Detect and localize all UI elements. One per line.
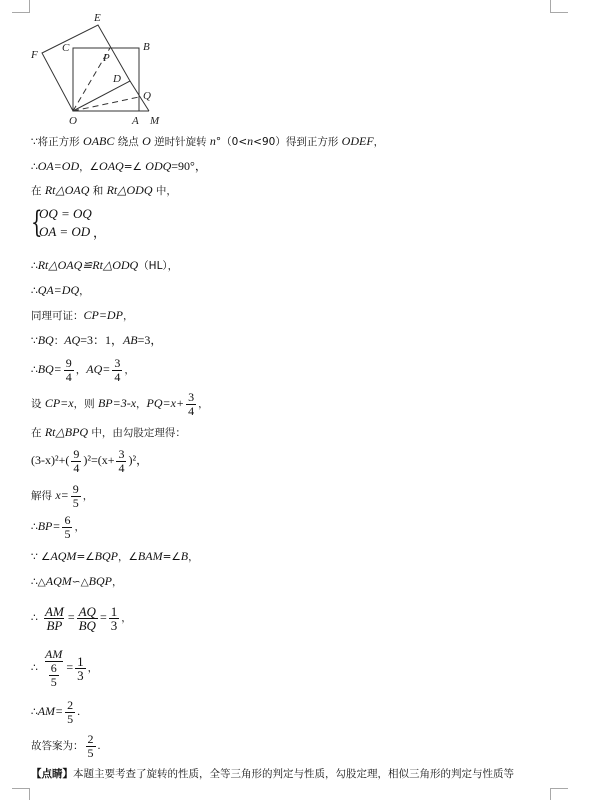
fraction: 34 — [112, 357, 122, 384]
math: OAQ — [99, 159, 124, 173]
text: . — [77, 704, 80, 718]
math: AQ= — [86, 362, 110, 376]
math: BQ= — [38, 362, 62, 376]
math: Rt△BPQ — [45, 425, 88, 439]
math: BP= — [38, 519, 61, 533]
math: ODQ — [145, 159, 171, 173]
text: ， — [88, 662, 99, 674]
fraction: AQBQ — [77, 605, 98, 632]
text: ，∠ — [79, 161, 99, 173]
page-corner-mark-bottom-left — [12, 788, 30, 800]
text: ∽△ — [72, 576, 89, 588]
label-p: P — [102, 52, 110, 64]
denominator: 5 — [71, 496, 81, 510]
text: . — [98, 738, 101, 752]
solution-line-12: (3-x)²+(94)²=(x+34)²， — [31, 446, 148, 475]
math: BQP — [89, 574, 112, 588]
text: 解得 — [31, 490, 55, 502]
fraction: AMBP — [43, 605, 66, 632]
text: 中，由勾股定理得： — [88, 427, 186, 439]
math: x= — [55, 488, 68, 502]
system-row-1: OQ = OQ — [39, 206, 92, 222]
label-f: F — [30, 49, 38, 61]
text: ， — [76, 364, 87, 376]
text: ， — [188, 551, 199, 563]
math: AQ — [64, 333, 80, 347]
system-row-2: OA = OD — [39, 224, 90, 240]
solution-line-9: ∴BQ=94，AQ=34， — [31, 355, 135, 384]
math: = — [68, 610, 75, 624]
label-a: A — [131, 115, 139, 127]
label-b: B — [143, 41, 150, 53]
comment-tag: 【点睛】 — [31, 768, 73, 780]
text: =3， — [138, 333, 163, 347]
denominator: BQ — [77, 618, 98, 632]
numerator: 3 — [112, 357, 122, 370]
fraction: 94 — [64, 357, 74, 384]
system-comma: ， — [93, 222, 106, 241]
solution-line-19: ∴AM=25. — [31, 697, 80, 726]
solution-line-11: 在 Rt△BPQ 中，由勾股定理得： — [31, 425, 186, 440]
denominator: 4 — [116, 461, 126, 475]
numerator: 9 — [64, 357, 74, 370]
text: ， — [123, 310, 134, 322]
text: ∴ — [31, 662, 41, 674]
math: PQ=x+ — [147, 396, 185, 410]
numerator: 9 — [71, 448, 81, 461]
numerator: 6 — [62, 514, 72, 527]
fraction: 65 — [62, 514, 72, 541]
denominator: 3 — [75, 668, 86, 682]
solution-line-1: ∵将正方形 OABC 绕点 O 逆时针旋转 n°（0<n<90）得到正方形 OD… — [31, 134, 384, 149]
text: ∴△ — [31, 576, 46, 588]
text: ， — [124, 364, 135, 376]
square-odef — [42, 25, 130, 111]
text: ∵ ∠ — [31, 551, 50, 563]
numerator: 1 — [75, 655, 86, 668]
compound-fraction: AM65 — [43, 648, 64, 689]
text: =∠ — [163, 551, 181, 563]
math: Rt△ODQ — [107, 183, 153, 197]
math: OABC — [83, 134, 114, 148]
math: = — [66, 660, 73, 674]
text: 逆时针旋转 — [151, 136, 210, 148]
text: ， — [79, 285, 90, 297]
math: (3-x)²+( — [31, 453, 69, 467]
fraction: 94 — [71, 448, 81, 475]
text: ， — [121, 612, 132, 624]
label-o: O — [69, 115, 77, 127]
denominator: 5 — [65, 712, 75, 726]
numerator: AM — [43, 648, 64, 661]
math: AQM — [46, 574, 72, 588]
fraction: 25 — [65, 699, 75, 726]
solution-line-18: ∴ AM65=13， — [31, 643, 98, 692]
numerator: 9 — [71, 483, 81, 496]
math: CP=DP — [84, 308, 123, 322]
math: AQM — [50, 549, 76, 563]
numerator: 2 — [86, 733, 96, 746]
math: O — [142, 134, 151, 148]
fraction: 13 — [75, 655, 86, 682]
text: ， — [112, 576, 123, 588]
text: =∠ — [76, 551, 94, 563]
text: 中， — [152, 185, 176, 197]
numerator: 3 — [116, 448, 126, 461]
fraction: 34 — [186, 391, 196, 418]
denominator: 65 — [45, 661, 63, 689]
numerator: AM — [43, 605, 66, 618]
text: ∴ — [31, 706, 38, 718]
text: ，∠ — [118, 551, 138, 563]
denominator: 5 — [62, 527, 72, 541]
numerator: 2 — [65, 699, 75, 712]
inner-fraction: 65 — [49, 662, 59, 689]
text: 故答案为： — [31, 740, 84, 752]
text: ∵将正方形 — [31, 136, 83, 148]
text: ， — [374, 136, 385, 148]
comment-text: 本题主要考查了旋转的性质，全等三角形的判定与性质，勾股定理，相似三角形的判定与性… — [73, 768, 514, 780]
math: )²， — [128, 453, 148, 467]
fraction: 34 — [116, 448, 126, 475]
text: ， — [74, 521, 85, 533]
denominator: BP — [44, 618, 64, 632]
numerator: AQ — [77, 605, 98, 618]
solution-line-6: ∴QA=DQ， — [31, 283, 90, 298]
answer-line: 故答案为：25. — [31, 731, 101, 760]
text: ∴ — [31, 161, 38, 173]
text: =∠ — [124, 161, 146, 173]
solution-line-8: ∵BQ：AQ=3：1，AB=3， — [31, 333, 162, 348]
math: Rt△OAQ — [45, 183, 90, 197]
text: ，则 — [74, 398, 98, 410]
solution-line-2: ∴OA=OD，∠OAQ=∠ ODQ=90°， — [31, 159, 207, 174]
solution-line-3: 在 Rt△OAQ 和 Rt△ODQ 中， — [31, 183, 177, 198]
math: AM= — [38, 704, 63, 718]
solution-line-17: ∴ AMBP=AQBQ=13， — [31, 600, 132, 635]
denominator: 3 — [109, 618, 120, 632]
text: 设 — [31, 398, 45, 410]
text: 在 — [31, 427, 45, 439]
text: ， — [136, 398, 147, 410]
numerator: 1 — [109, 605, 120, 618]
text: 同理可证： — [31, 310, 84, 322]
math: BQ — [38, 333, 54, 347]
math: = — [100, 610, 107, 624]
solution-line-13: 解得 x=95， — [31, 481, 93, 510]
page-corner-mark-top-right — [550, 0, 568, 13]
math: BP=3-x — [98, 396, 136, 410]
label-d: D — [112, 73, 121, 85]
solution-line-7: 同理可证：CP=DP， — [31, 308, 133, 323]
math: CP=x — [45, 396, 74, 410]
denominator: 4 — [64, 370, 74, 384]
text: 绕点 — [114, 136, 142, 148]
text: <90）得到正方形 — [253, 136, 342, 148]
text: （HL）， — [138, 260, 178, 272]
math: AB — [123, 333, 138, 347]
label-e: E — [93, 12, 101, 24]
math: Rt△OAQ≌Rt△ODQ — [38, 258, 139, 272]
solution-line-10: 设 CP=x，则 BP=3-x，PQ=x+34， — [31, 389, 209, 418]
solution-line-16: ∴△AQM∽△BQP， — [31, 574, 122, 589]
fraction: 95 — [71, 483, 81, 510]
denominator: 5 — [49, 675, 59, 689]
math: BQP — [95, 549, 118, 563]
text: 在 — [31, 185, 45, 197]
math: )²=(x+ — [83, 453, 114, 467]
denominator: 4 — [71, 461, 81, 475]
solution-line-15: ∵ ∠AQM=∠BQP，∠BAM=∠B， — [31, 549, 199, 564]
answer-fraction: 25 — [86, 733, 96, 760]
comment-line: 【点睛】本题主要考查了旋转的性质，全等三角形的判定与性质，勾股定理，相似三角形的… — [31, 767, 514, 781]
text: =90°， — [171, 159, 207, 173]
label-c: C — [62, 42, 70, 54]
geometry-diagram: E F C B P D Q O A M — [20, 8, 180, 128]
solution-line-14: ∴BP=65， — [31, 512, 85, 541]
math: BAM — [138, 549, 163, 563]
label-m: M — [149, 115, 160, 127]
solution-line-5: ∴Rt△OAQ≌Rt△ODQ（HL）， — [31, 258, 178, 273]
text: ∴ — [31, 260, 38, 272]
text: ∴ — [31, 285, 38, 297]
text: °（0< — [216, 136, 247, 148]
text: ： — [54, 335, 65, 347]
denominator: 4 — [186, 404, 196, 418]
math: ODEF — [342, 134, 374, 148]
text: ， — [198, 398, 209, 410]
text: ， — [83, 490, 94, 502]
page-corner-mark-bottom-right — [550, 788, 568, 800]
fraction: 13 — [109, 605, 120, 632]
text: 和 — [89, 185, 106, 197]
text: ∴ — [31, 612, 41, 624]
numerator: 3 — [186, 391, 196, 404]
text: ∴ — [31, 521, 38, 533]
math: QA=DQ — [38, 283, 79, 297]
math: OA=OD — [38, 159, 79, 173]
text: ∴ — [31, 364, 38, 376]
text: =3：1， — [80, 333, 123, 347]
numerator: 6 — [49, 662, 59, 675]
text: ∵ — [31, 335, 38, 347]
label-q: Q — [143, 90, 151, 102]
denominator: 5 — [86, 746, 96, 760]
denominator: 4 — [112, 370, 122, 384]
